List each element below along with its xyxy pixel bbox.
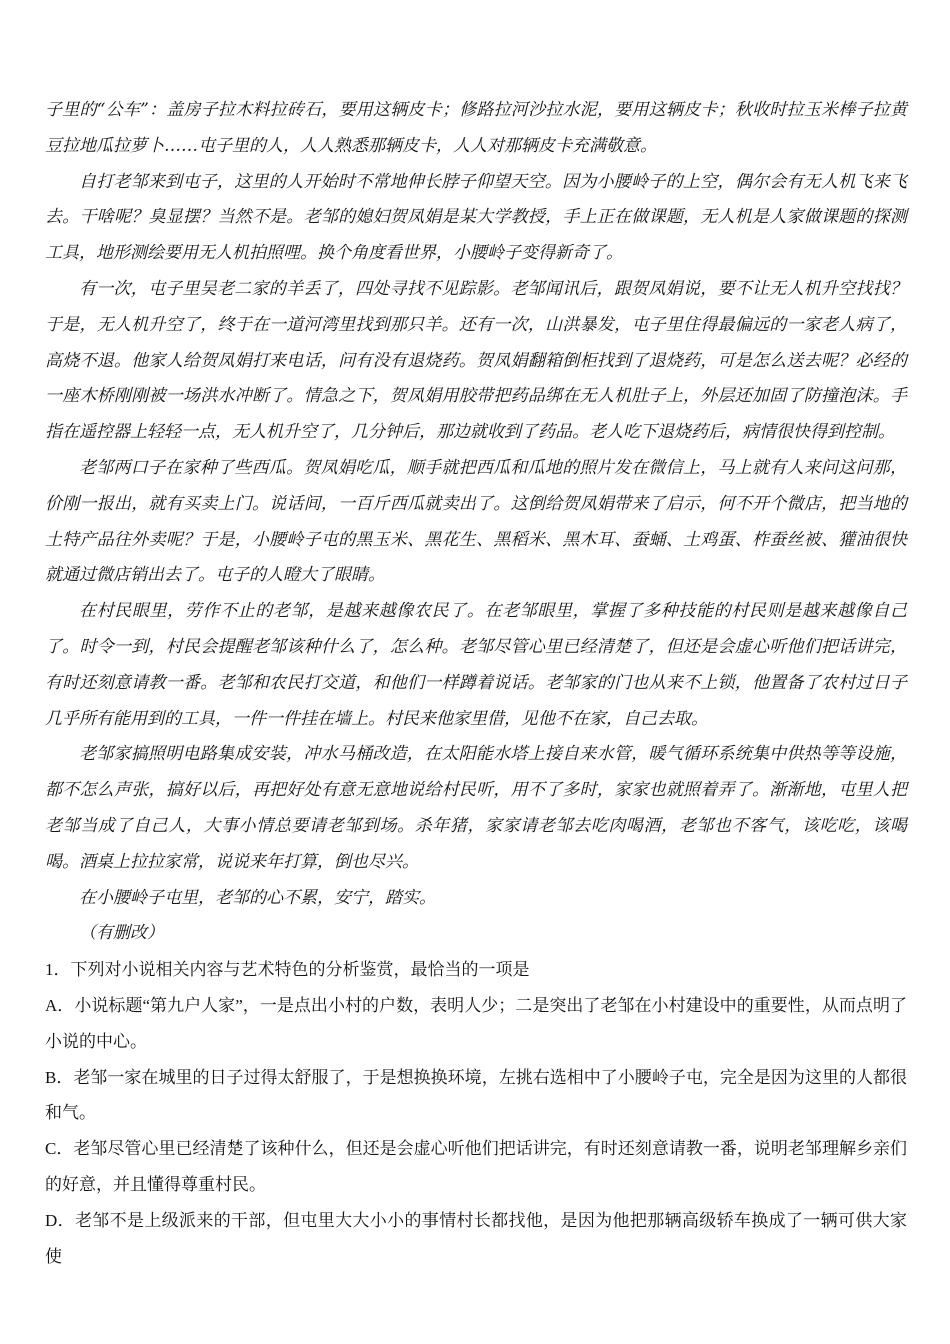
source-note: （有删改） bbox=[45, 916, 907, 952]
passage-paragraph: 有一次，屯子里吴老二家的羊丢了，四处寻找不见踪影。老邹闻讯后，跟贺凤娟说，要不让… bbox=[45, 272, 907, 451]
question-1-option-d: D．老邹不是上级派来的干部，但屯里大大小小的事情村长都找他，是因为他把那辆高级轿… bbox=[45, 1203, 907, 1275]
reading-passage: 子里的“公车”：盖房子拉木料拉砖石，要用这辆皮卡；修路拉河沙拉水泥，要用这辆皮卡… bbox=[45, 93, 907, 952]
passage-paragraph: 老邹家搞照明电路集成安装，冲水马桶改造，在太阳能水塔上接自来水管，暖气循环系统集… bbox=[45, 737, 907, 880]
passage-paragraph: 老邹两口子在家种了些西瓜。贺凤娟吃瓜，顺手就把西瓜和瓜地的照片发在微信上，马上就… bbox=[45, 451, 907, 594]
passage-paragraph: 在村民眼里，劳作不止的老邹，是越来越像农民了。在老邹眼里，掌握了多种技能的村民则… bbox=[45, 594, 907, 737]
question-1-stem: 1．下列对小说相关内容与艺术特色的分析鉴赏，最恰当的一项是 bbox=[45, 952, 907, 988]
option-d-label: D． bbox=[45, 1211, 75, 1230]
option-d-text: 老邹不是上级派来的干部，但屯里大大小小的事情村长都找他，是因为他把那辆高级轿车换… bbox=[45, 1211, 907, 1266]
question-1: 1．下列对小说相关内容与艺术特色的分析鉴赏，最恰当的一项是 A．小说标题“第九户… bbox=[45, 952, 907, 1274]
passage-paragraph: 自打老邹来到屯子，这里的人开始时不常地伸长脖子仰望天空。因为小腰岭子的上空，偶尔… bbox=[45, 165, 907, 272]
option-a-label: A． bbox=[45, 996, 74, 1015]
question-1-option-c: C．老邹尽管心里已经清楚了该种什么，但还是会虚心听他们把话讲完，有时还刻意请教一… bbox=[45, 1131, 907, 1203]
option-c-text: 老邹尽管心里已经清楚了该种什么，但还是会虚心听他们把话讲完，有时还刻意请教一番，… bbox=[45, 1139, 907, 1194]
option-a-text: 小说标题“第九户人家”，一是点出小村的户数，表明人少；二是突出了老邹在小村建设中… bbox=[45, 996, 907, 1051]
option-c-label: C． bbox=[45, 1139, 73, 1158]
question-1-option-a: A．小说标题“第九户人家”，一是点出小村的户数，表明人少；二是突出了老邹在小村建… bbox=[45, 988, 907, 1060]
exam-page: 子里的“公车”：盖房子拉木料拉砖石，要用这辆皮卡；修路拉河沙拉水泥，要用这辆皮卡… bbox=[0, 0, 950, 1344]
passage-paragraph-continuation: 子里的“公车”：盖房子拉木料拉砖石，要用这辆皮卡；修路拉河沙拉水泥，要用这辆皮卡… bbox=[45, 93, 907, 165]
question-1-number: 1． bbox=[45, 960, 71, 979]
question-1-option-b: B．老邹一家在城里的日子过得太舒服了，于是想换换环境，左挑右选相中了小腰岭子屯，… bbox=[45, 1060, 907, 1132]
page-content: 子里的“公车”：盖房子拉木料拉砖石，要用这辆皮卡；修路拉河沙拉水泥，要用这辆皮卡… bbox=[45, 0, 907, 1274]
option-b-label: B． bbox=[45, 1068, 73, 1087]
passage-paragraph: 在小腰岭子屯里，老邹的心不累，安宁，踏实。 bbox=[45, 881, 907, 917]
option-b-text: 老邹一家在城里的日子过得太舒服了，于是想换换环境，左挑右选相中了小腰岭子屯，完全… bbox=[45, 1068, 907, 1123]
question-1-stem-text: 下列对小说相关内容与艺术特色的分析鉴赏，最恰当的一项是 bbox=[71, 960, 530, 979]
